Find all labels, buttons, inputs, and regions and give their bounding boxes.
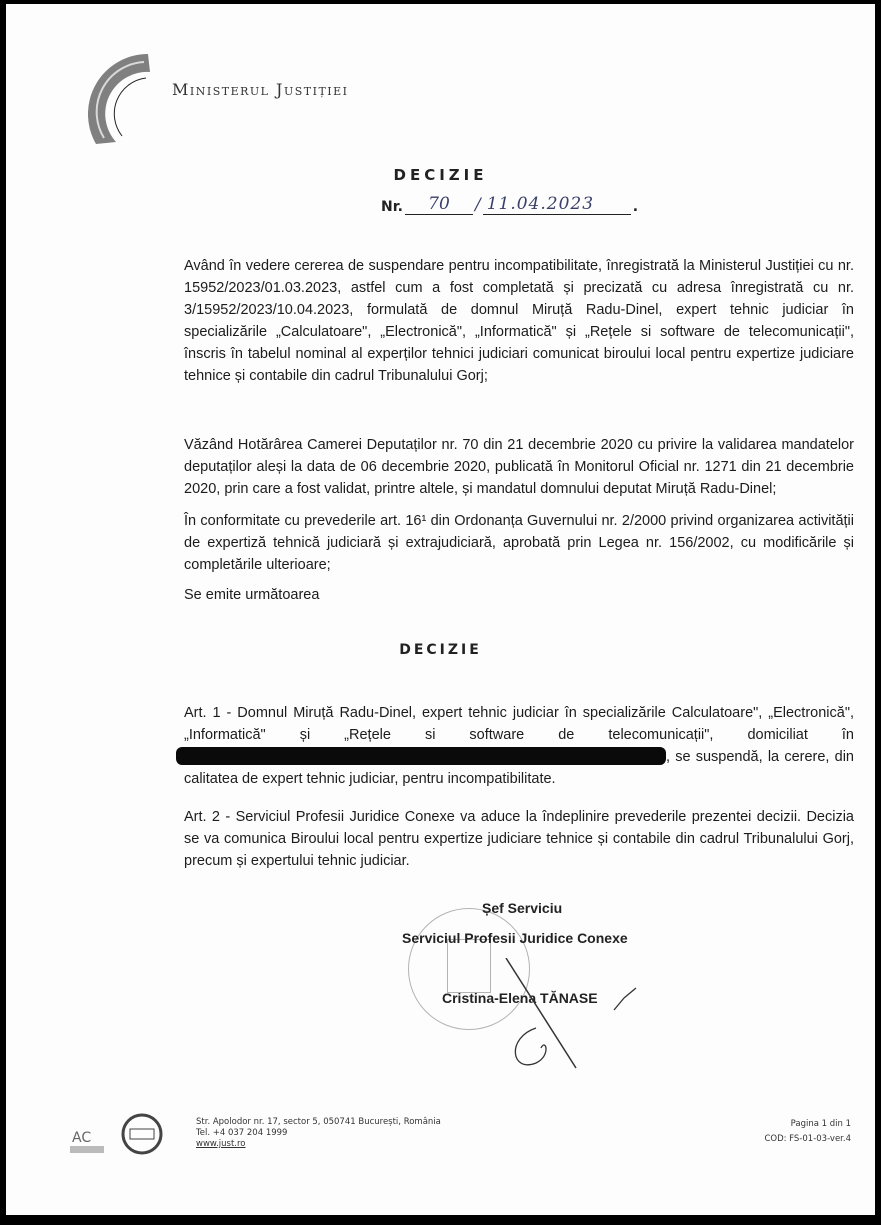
article-1: Art. 1 - Domnul Miruță Radu-Dinel, exper… — [184, 702, 854, 790]
footer-website-link[interactable]: www.just.ro — [196, 1139, 441, 1150]
preamble-request: Având în vedere cererea de suspendare pe… — [184, 255, 854, 387]
decision-date: 11.04.2023 — [483, 194, 631, 215]
document-page: Ministerul Justiției DECIZIE Nr. 70 / 11… — [6, 4, 875, 1215]
ministry-seal-icon — [88, 50, 160, 150]
number-label: Nr. — [381, 199, 403, 215]
preamble-chamber-decision: Văzând Hotărârea Camerei Deputaților nr.… — [184, 434, 854, 500]
signatory-department: Serviciul Profesii Juridice Conexe — [402, 930, 628, 946]
decision-title-2: DECIZIE — [6, 642, 875, 658]
certification-logos: AC — [68, 1112, 173, 1158]
signatory-title: Șef Serviciu — [482, 900, 562, 916]
coat-of-arms-icon — [447, 939, 491, 993]
signature-block: Șef Serviciu Serviciul Profesii Juridice… — [386, 898, 666, 1088]
article-2: Art. 2 - Serviciul Profesii Juridice Con… — [184, 806, 854, 872]
footer-contact: Str. Apolodor nr. 17, sector 5, 050741 B… — [196, 1117, 441, 1150]
redacted-address — [176, 747, 666, 765]
article-1-text-before: Art. 1 - Domnul Miruță Radu-Dinel, exper… — [184, 705, 854, 743]
decision-number: Nr. 70 / 11.04.2023 . — [381, 194, 638, 215]
number-value: 70 — [405, 194, 473, 215]
number-trailing: . — [633, 199, 638, 215]
svg-text:AC: AC — [72, 1130, 91, 1146]
ministry-name: Ministerul Justiției — [172, 80, 349, 99]
decision-title: DECIZIE — [6, 166, 875, 184]
page-number: Pagina 1 din 1 — [736, 1117, 851, 1132]
footer-phone: Tel. +4 037 204 1999 — [196, 1128, 441, 1139]
ac-certification-logo-icon: AC — [70, 1130, 104, 1153]
document-code: COD: FS-01-03-ver.4 — [736, 1132, 851, 1147]
handwritten-signature-icon — [496, 958, 646, 1078]
preamble-legal-basis: În conformitate cu prevederile art. 16¹ … — [184, 510, 854, 576]
preamble-issuance: Se emite următoarea — [184, 584, 854, 606]
footer-address: Str. Apolodor nr. 17, sector 5, 050741 B… — [196, 1117, 441, 1128]
number-separator: / — [475, 195, 481, 215]
footer-meta: Pagina 1 din 1 COD: FS-01-03-ver.4 — [736, 1117, 851, 1147]
iqnet-logo-icon — [123, 1115, 161, 1153]
